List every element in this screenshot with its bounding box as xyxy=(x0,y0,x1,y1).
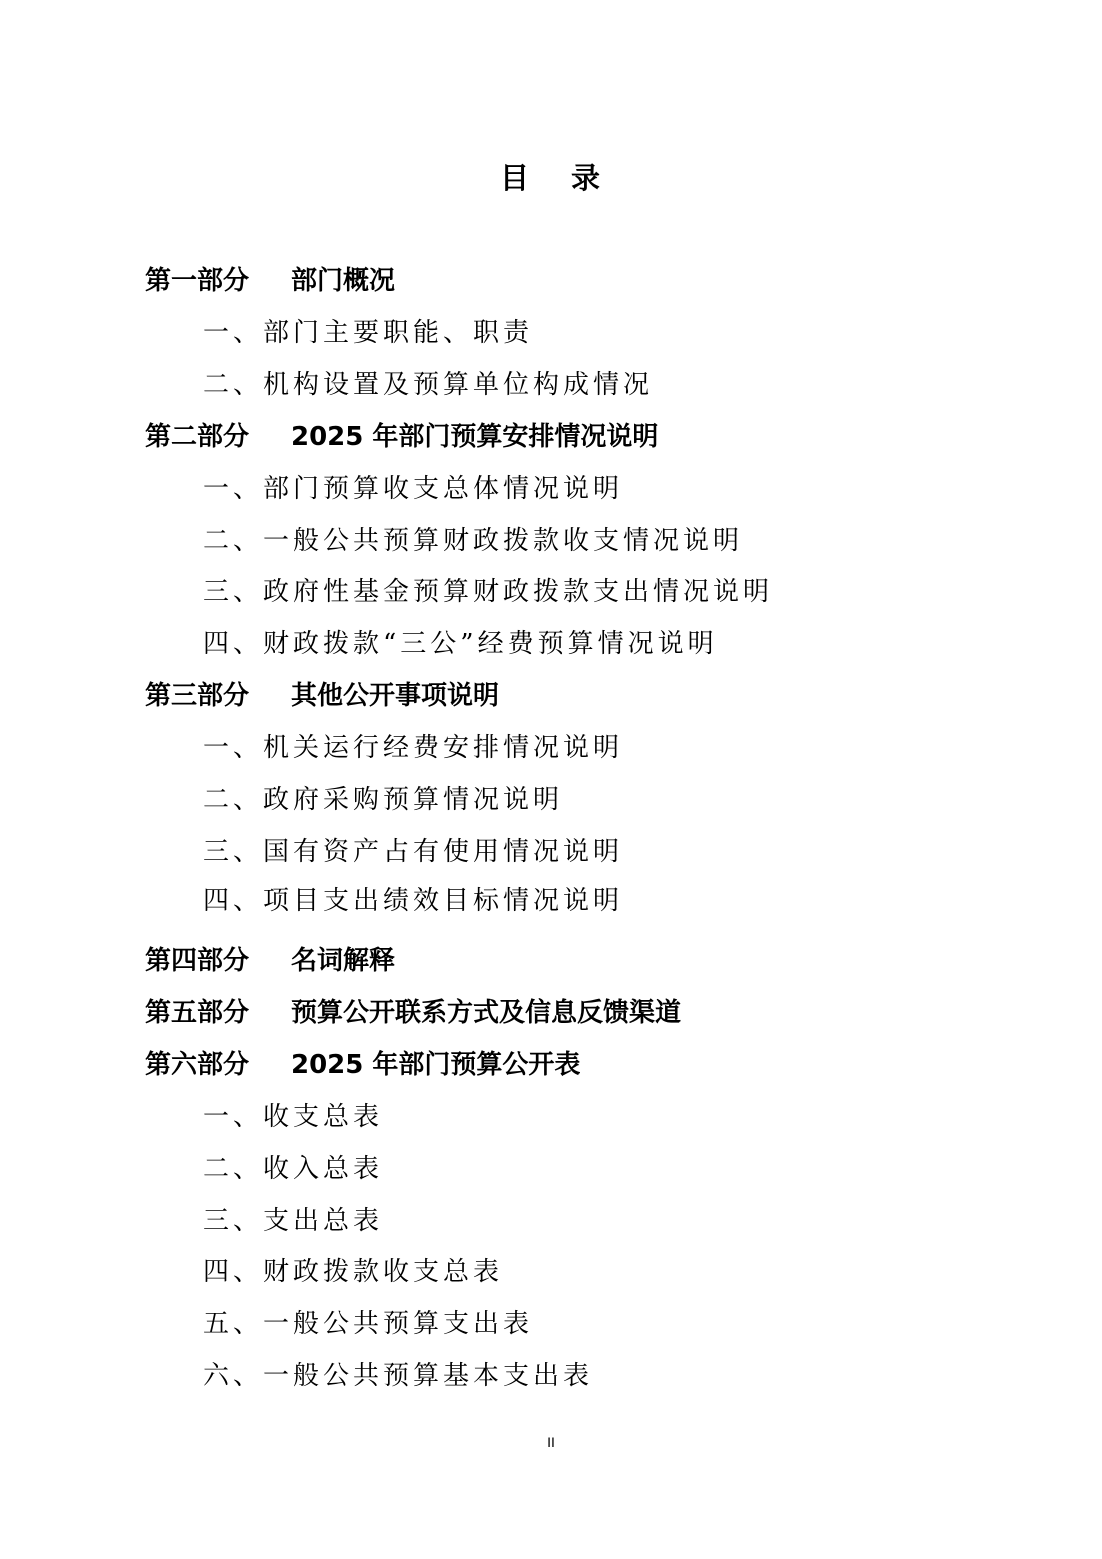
toc-item-entry[interactable]: 一、部门预算收支总体情况说明 xyxy=(203,472,623,506)
toc-part-entry[interactable]: 第二部分2025 年部门预算安排情况说明 xyxy=(145,420,658,454)
toc-part-label: 第一部分 xyxy=(145,264,291,298)
toc-item-entry[interactable]: 一、机关运行经费安排情况说明 xyxy=(203,731,623,765)
toc-part-title: 2025 年部门预算安排情况说明 xyxy=(291,422,658,452)
toc-item-entry[interactable]: 一、收支总表 xyxy=(203,1100,383,1134)
toc-item-title: 四、财政拨款“三公”经费预算情况说明 xyxy=(203,629,718,659)
toc-item-entry[interactable]: 四、财政拨款收支总表 xyxy=(203,1255,503,1289)
toc-item-entry[interactable]: 二、机构设置及预算单位构成情况 xyxy=(203,368,653,402)
toc-item-entry[interactable]: 三、国有资产占有使用情况说明 xyxy=(203,835,623,869)
toc-item-title: 一、收支总表 xyxy=(203,1102,383,1132)
toc-item-title: 一、部门预算收支总体情况说明 xyxy=(203,474,623,504)
title-left: 目 xyxy=(500,161,531,195)
toc-item-title: 五、一般公共预算支出表 xyxy=(203,1309,533,1339)
toc-part-label: 第二部分 xyxy=(145,420,291,454)
toc-part-label: 第四部分 xyxy=(145,944,291,978)
toc-part-title: 预算公开联系方式及信息反馈渠道 xyxy=(291,998,681,1028)
toc-item-title: 二、政府采购预算情况说明 xyxy=(203,785,563,815)
toc-item-title: 四、财政拨款收支总表 xyxy=(203,1257,503,1287)
toc-item-title: 二、收入总表 xyxy=(203,1154,383,1184)
toc-part-label: 第六部分 xyxy=(145,1048,291,1082)
toc-item-entry[interactable]: 四、财政拨款“三公”经费预算情况说明 xyxy=(203,627,718,661)
toc-part-entry[interactable]: 第四部分名词解释 xyxy=(145,944,395,978)
page-title: 目录 xyxy=(0,156,1102,197)
toc-item-title: 二、机构设置及预算单位构成情况 xyxy=(203,370,653,400)
toc-item-entry[interactable]: 二、政府采购预算情况说明 xyxy=(203,783,563,817)
toc-item-title: 三、支出总表 xyxy=(203,1206,383,1236)
toc-part-label: 第三部分 xyxy=(145,679,291,713)
toc-part-title: 其他公开事项说明 xyxy=(291,681,499,711)
toc-item-entry[interactable]: 一、部门主要职能、职责 xyxy=(203,316,533,350)
toc-part-label: 第五部分 xyxy=(145,996,291,1030)
toc-part-title: 名词解释 xyxy=(291,946,395,976)
toc-item-entry[interactable]: 三、政府性基金预算财政拨款支出情况说明 xyxy=(203,575,773,609)
toc-item-title: 一、部门主要职能、职责 xyxy=(203,318,533,348)
toc-item-title: 三、政府性基金预算财政拨款支出情况说明 xyxy=(203,577,773,607)
toc-item-entry[interactable]: 四、项目支出绩效目标情况说明 xyxy=(203,884,623,918)
toc-part-title: 部门概况 xyxy=(291,266,395,296)
toc-item-title: 一、机关运行经费安排情况说明 xyxy=(203,733,623,763)
toc-part-entry[interactable]: 第五部分预算公开联系方式及信息反馈渠道 xyxy=(145,996,681,1030)
toc-item-title: 四、项目支出绩效目标情况说明 xyxy=(203,886,623,916)
toc-item-title: 六、一般公共预算基本支出表 xyxy=(203,1361,593,1391)
toc-part-entry[interactable]: 第三部分其他公开事项说明 xyxy=(145,679,499,713)
toc-item-title: 二、一般公共预算财政拨款收支情况说明 xyxy=(203,526,743,556)
page-number: II xyxy=(0,1434,1102,1450)
toc-item-title: 三、国有资产占有使用情况说明 xyxy=(203,837,623,867)
toc-item-entry[interactable]: 三、支出总表 xyxy=(203,1204,383,1238)
toc-item-entry[interactable]: 六、一般公共预算基本支出表 xyxy=(203,1359,593,1393)
toc-item-entry[interactable]: 五、一般公共预算支出表 xyxy=(203,1307,533,1341)
toc-part-entry[interactable]: 第一部分部门概况 xyxy=(145,264,395,298)
toc-item-entry[interactable]: 二、一般公共预算财政拨款收支情况说明 xyxy=(203,524,743,558)
toc-part-entry[interactable]: 第六部分2025 年部门预算公开表 xyxy=(145,1048,580,1082)
toc-part-title: 2025 年部门预算公开表 xyxy=(291,1050,580,1080)
toc-item-entry[interactable]: 二、收入总表 xyxy=(203,1152,383,1186)
title-right: 录 xyxy=(571,161,602,195)
